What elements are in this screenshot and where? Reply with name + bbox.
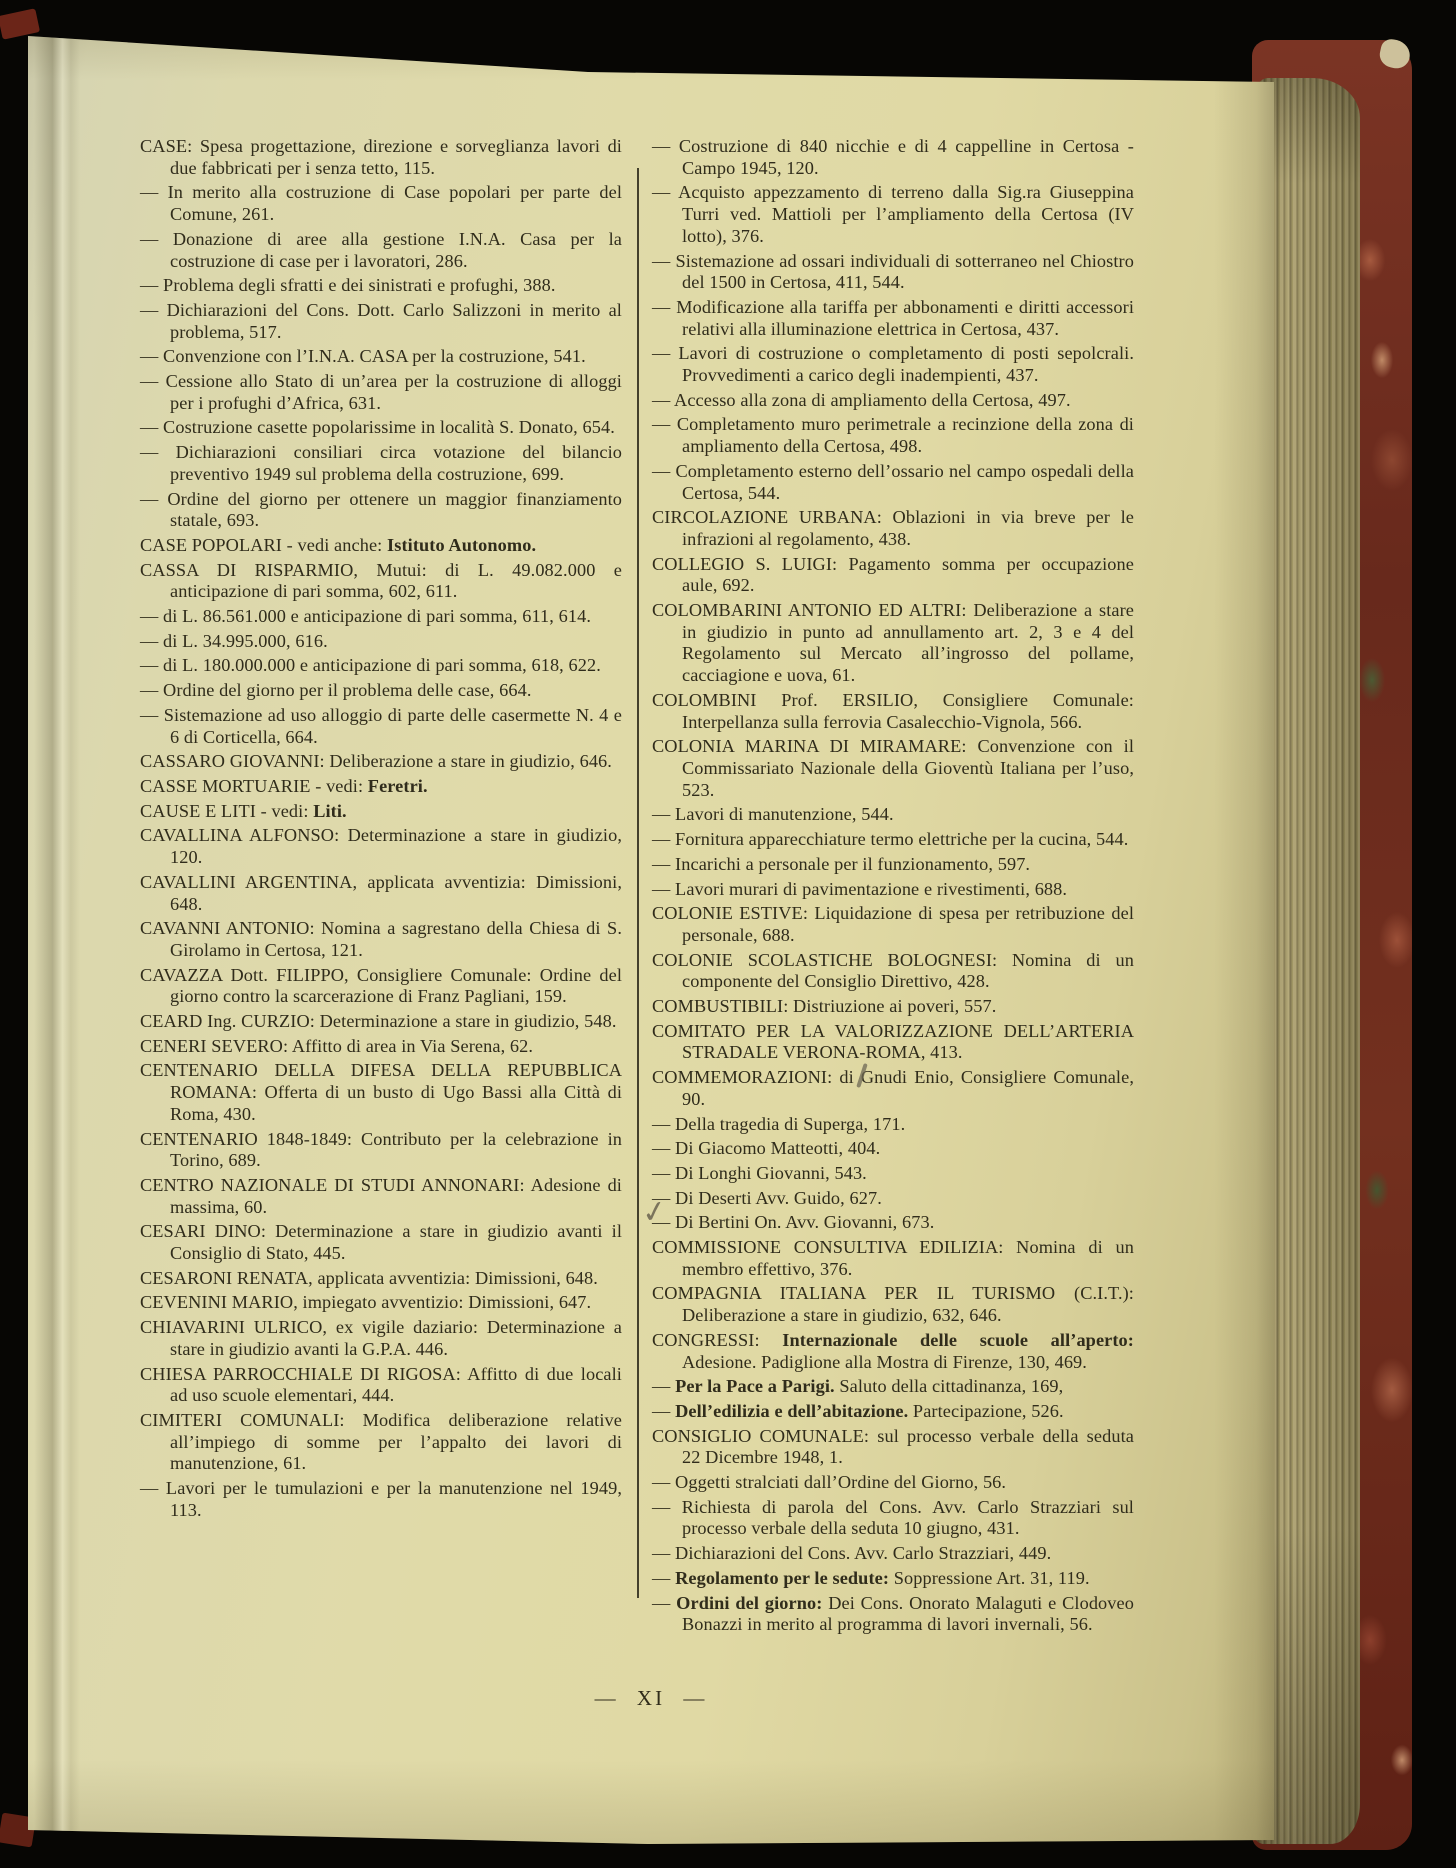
index-entry: — Donazione di aree alla gestione I.N.A.… <box>140 229 622 272</box>
index-entry: COLOMBINI Prof. ERSILIO, Consigliere Com… <box>652 690 1134 733</box>
index-entry-text: CAVAZZA Dott. FILIPPO, Consigliere Comun… <box>140 965 622 1007</box>
index-entry-text: — Fornitura apparecchiature termo elettr… <box>652 829 1128 849</box>
index-entry: CEVENINI MARIO, impiegato avventizio: Di… <box>140 1292 622 1314</box>
index-entry-text: CHIESA PARROCCHIALE DI RIGOSA: Affitto d… <box>140 1364 622 1406</box>
index-entry-text: CHIAVARINI ULRICO, ex vigile daziario: D… <box>140 1317 622 1359</box>
gutter-fold-shadow <box>34 30 80 1844</box>
index-entry-text: CENERI SEVERO: Affitto di area in Via Se… <box>140 1036 533 1056</box>
index-entry-text: CEVENINI MARIO, impiegato avventizio: Di… <box>140 1292 591 1312</box>
index-entry: — Regolamento per le sedute: Soppression… <box>652 1568 1134 1590</box>
index-entry-bold-text: Per la Pace a Parigi. <box>675 1376 835 1396</box>
index-entry-text: — Ordine del giorno per il problema dell… <box>140 680 532 700</box>
index-entry: — di L. 86.561.000 e anticipazione di pa… <box>140 606 622 628</box>
index-column-right: — Costruzione di 840 nicchie e di 4 capp… <box>652 136 1134 1639</box>
index-entry-text: CAUSE E LITI - vedi: <box>140 801 313 821</box>
index-entry-text: COLOMBINI Prof. ERSILIO, Consigliere Com… <box>652 690 1134 732</box>
index-entry: CASE POPOLARI - vedi anche: Istituto Aut… <box>140 535 622 557</box>
index-entry-text: COLONIA MARINA DI MIRAMARE: Convenzione … <box>652 736 1134 799</box>
index-entry-text: Soppressione Art. 31, 119. <box>889 1568 1090 1588</box>
index-entry-bold-text: Istituto Autonomo. <box>387 535 536 555</box>
index-entry: COMPAGNIA ITALIANA PER IL TURISMO (C.I.T… <box>652 1283 1134 1326</box>
book-page: CASE: Spesa progettazione, direzione e s… <box>28 30 1274 1844</box>
index-entry-text: — Cessione allo Stato di un’area per la … <box>140 371 622 413</box>
index-entry-text: — Lavori murari di pavimentazione e rive… <box>652 879 1067 899</box>
index-entry: — Dichiarazioni del Cons. Dott. Carlo Sa… <box>140 300 622 343</box>
index-entry: CAVALLINA ALFONSO: Determinazione a star… <box>140 825 622 868</box>
index-entry-text: — Dichiarazioni del Cons. Avv. Carlo Str… <box>652 1543 1051 1563</box>
index-entry-text: — <box>652 1568 675 1588</box>
index-entry-text: — Lavori per le tumulazioni e per la man… <box>140 1478 622 1520</box>
index-entry-text: — di L. 34.995.000, 616. <box>140 631 328 651</box>
index-entry-text: — Convenzione con l’I.N.A. CASA per la c… <box>140 346 586 366</box>
index-entry: CEARD Ing. CURZIO: Determinazione a star… <box>140 1011 622 1033</box>
index-entry-text: CASSA DI RISPARMIO, Mutui: di L. 49.082.… <box>140 560 622 602</box>
index-entry: — Ordine del giorno per ottenere un magg… <box>140 489 622 532</box>
index-entry-text: COMMISSIONE CONSULTIVA EDILIZIA: Nomina … <box>652 1237 1134 1279</box>
index-entry-text: — In merito alla costruzione di Case pop… <box>140 182 622 224</box>
index-entry: — Di Deserti Avv. Guido, 627. <box>652 1188 1134 1210</box>
cover-corner-top-left <box>0 8 40 39</box>
index-entry-text: — <box>652 1401 675 1421</box>
index-entry: COLONIA MARINA DI MIRAMARE: Convenzione … <box>652 736 1134 801</box>
index-entry: — Della tragedia di Superga, 171. <box>652 1114 1134 1136</box>
index-entry-bold-text: Internazionale delle scuole all’aperto: <box>782 1330 1134 1350</box>
index-entry-text: — Costruzione casette popolarissime in l… <box>140 417 615 437</box>
index-entry-bold-text: Dell’edilizia e dell’abitazione. <box>675 1401 908 1421</box>
index-entry-text: CASE: Spesa progettazione, direzione e s… <box>140 136 622 178</box>
index-entry: COLLEGIO S. LUIGI: Pagamento somma per o… <box>652 554 1134 597</box>
index-entry: — Ordini del giorno: Dei Cons. Onorato M… <box>652 1593 1134 1636</box>
index-entry-text: CESARONI RENATA, applicata avventizia: D… <box>140 1268 598 1288</box>
index-entry-text: — Lavori di manutenzione, 544. <box>652 804 894 824</box>
pencil-checkmark: ✓ <box>640 1200 669 1226</box>
index-entry: — Sistemazione ad ossari individuali di … <box>652 251 1134 294</box>
page-number: — XI — <box>28 1686 1274 1711</box>
index-entry: — Di Longhi Giovanni, 543. <box>652 1163 1134 1185</box>
index-entry-text: CIMITERI COMUNALI: Modifica deliberazion… <box>140 1410 622 1473</box>
scanned-book-photo: { "book": { "page_number": "— XI —" }, "… <box>0 0 1456 1868</box>
index-entry: — Lavori di costruzione o completamento … <box>652 343 1134 386</box>
index-entry: CAVANNI ANTONIO: Nomina a sagrestano del… <box>140 918 622 961</box>
index-entry: CASSA DI RISPARMIO, Mutui: di L. 49.082.… <box>140 560 622 603</box>
index-entry-text: — Donazione di aree alla gestione I.N.A.… <box>140 229 622 271</box>
index-entry: — Dichiarazioni del Cons. Avv. Carlo Str… <box>652 1543 1134 1565</box>
index-entry: — Sistemazione ad uso alloggio di parte … <box>140 705 622 748</box>
index-entry-text: — Oggetti stralciati dall’Ordine del Gio… <box>652 1472 1006 1492</box>
index-entry: — Completamento esterno dell’ossario nel… <box>652 461 1134 504</box>
index-entry-text: — Completamento esterno dell’ossario nel… <box>652 461 1134 503</box>
index-entry: CAVALLINI ARGENTINA, applicata avventizi… <box>140 872 622 915</box>
index-entry-text: — di L. 86.561.000 e anticipazione di pa… <box>140 606 591 626</box>
index-entry-bold-text: Liti. <box>313 801 347 821</box>
index-entry-text: CASSE MORTUARIE - vedi: <box>140 776 368 796</box>
index-entry: CAUSE E LITI - vedi: Liti. <box>140 801 622 823</box>
index-entry-text: — Ordine del giorno per ottenere un magg… <box>140 489 622 531</box>
index-entry: COLONIE ESTIVE: Liquidazione di spesa pe… <box>652 903 1134 946</box>
index-entry: CASSE MORTUARIE - vedi: Feretri. <box>140 776 622 798</box>
index-entry-text: — Di Bertini On. Avv. Giovanni, 673. <box>652 1212 934 1232</box>
index-entry: CENTRO NAZIONALE DI STUDI ANNONARI: Ades… <box>140 1175 622 1218</box>
index-entry: — Accesso alla zona di ampliamento della… <box>652 390 1134 412</box>
index-entry: — Convenzione con l’I.N.A. CASA per la c… <box>140 346 622 368</box>
index-entry-text: — Sistemazione ad ossari individuali di … <box>652 251 1134 293</box>
index-entry: — di L. 34.995.000, 616. <box>140 631 622 653</box>
index-entry-text: — Della tragedia di Superga, 171. <box>652 1114 905 1134</box>
page-right-edge-shade <box>1214 30 1274 1844</box>
index-entry: CENTENARIO DELLA DIFESA DELLA REPUBBLICA… <box>140 1060 622 1125</box>
index-entry-text: — Sistemazione ad uso alloggio di parte … <box>140 705 622 747</box>
index-entry: — Costruzione di 840 nicchie e di 4 capp… <box>652 136 1134 179</box>
index-entry: — Costruzione casette popolarissime in l… <box>140 417 622 439</box>
index-entry: — Di Bertini On. Avv. Giovanni, 673.✓ <box>652 1212 1134 1234</box>
index-entry-text: Adesione. Padiglione alla Mostra di Fire… <box>682 1352 1087 1372</box>
index-entry-bold-text: Ordini del giorno: <box>676 1593 822 1613</box>
index-entry-text: CESARI DINO: Determinazione a stare in g… <box>140 1221 622 1263</box>
index-entry: — di L. 180.000.000 e anticipazione di p… <box>140 655 622 677</box>
index-entry-text: CEARD Ing. CURZIO: Determinazione a star… <box>140 1011 617 1031</box>
index-entry: CESARONI RENATA, applicata avventizia: D… <box>140 1268 622 1290</box>
index-entry: CIRCOLAZIONE URBANA: Oblazioni in via br… <box>652 507 1134 550</box>
index-entry-text: — Richiesta di parola del Cons. Avv. Car… <box>652 1497 1134 1539</box>
index-entry-text: — Dichiarazioni del Cons. Dott. Carlo Sa… <box>140 300 622 342</box>
index-entry: — In merito alla costruzione di Case pop… <box>140 182 622 225</box>
index-entry-text: — Di Deserti Avv. Guido, 627. <box>652 1188 882 1208</box>
index-entry: COMMEMORAZIONI: di Gnudi Enio, Consiglie… <box>652 1067 1134 1110</box>
index-entry-text: COLONIE SCOLASTICHE BOLOGNESI: Nomina di… <box>652 950 1134 992</box>
index-entry-text: CAVALLINI ARGENTINA, applicata avventizi… <box>140 872 622 914</box>
index-column-left: CASE: Spesa progettazione, direzione e s… <box>140 136 622 1524</box>
index-entry-text: CENTENARIO DELLA DIFESA DELLA REPUBBLICA… <box>140 1060 622 1123</box>
index-entry-text: — Costruzione di 840 nicchie e di 4 capp… <box>652 136 1134 178</box>
index-entry-text: COLONIE ESTIVE: Liquidazione di spesa pe… <box>652 903 1134 945</box>
index-entry-text: CENTRO NAZIONALE DI STUDI ANNONARI: Ades… <box>140 1175 622 1217</box>
index-entry: — Per la Pace a Parigi. Saluto della cit… <box>652 1376 1134 1398</box>
index-entry: — Richiesta di parola del Cons. Avv. Car… <box>652 1497 1134 1540</box>
index-entry-text: CAVANNI ANTONIO: Nomina a sagrestano del… <box>140 918 622 960</box>
index-entry-text: CENTENARIO 1848-1849: Contributo per la … <box>140 1129 622 1171</box>
column-divider-rule <box>637 168 639 1598</box>
index-entry-bold-text: Regolamento per le sedute: <box>675 1568 889 1588</box>
index-entry: COMMISSIONE CONSULTIVA EDILIZIA: Nomina … <box>652 1237 1134 1280</box>
index-entry-text: — Problema degli sfratti e dei sinistrat… <box>140 275 556 295</box>
index-entry-text: — Incarichi a personale per il funzionam… <box>652 854 1030 874</box>
index-entry-text: — Acquisto appezzamento di terreno dalla… <box>652 182 1134 245</box>
index-entry: CENERI SEVERO: Affitto di area in Via Se… <box>140 1036 622 1058</box>
index-entry: — Dell’edilizia e dell’abitazione. Parte… <box>652 1401 1134 1423</box>
index-entry-text: — Completamento muro perimetrale a recin… <box>652 414 1134 456</box>
index-entry: — Acquisto appezzamento di terreno dalla… <box>652 182 1134 247</box>
index-entry: CONGRESSI: Internazionale delle scuole a… <box>652 1330 1134 1373</box>
index-entry: — Incarichi a personale per il funzionam… <box>652 854 1134 876</box>
index-entry-text: COMITATO PER LA VALORIZZAZIONE DELL’ARTE… <box>652 1021 1134 1063</box>
index-entry: CHIESA PARROCCHIALE DI RIGOSA: Affitto d… <box>140 1364 622 1407</box>
index-entry: — Dichiarazioni consiliari circa votazio… <box>140 442 622 485</box>
index-entry-text: COLLEGIO S. LUIGI: Pagamento somma per o… <box>652 554 1134 596</box>
index-entry: COLONIE SCOLASTICHE BOLOGNESI: Nomina di… <box>652 950 1134 993</box>
index-entry-text: Partecipazione, 526. <box>908 1401 1063 1421</box>
index-entry: CAVAZZA Dott. FILIPPO, Consigliere Comun… <box>140 965 622 1008</box>
index-entry: CHIAVARINI ULRICO, ex vigile daziario: D… <box>140 1317 622 1360</box>
index-entry: — Fornitura apparecchiature termo elettr… <box>652 829 1134 851</box>
index-entry-text: — Accesso alla zona di ampliamento della… <box>652 390 1071 410</box>
index-entry-text: CAVALLINA ALFONSO: Determinazione a star… <box>140 825 622 867</box>
index-entry-text: COMBUSTIBILI: Distriuzione ai poveri, 55… <box>652 996 996 1016</box>
index-entry: CIMITERI COMUNALI: Modifica deliberazion… <box>140 1410 622 1475</box>
index-entry: CONSIGLIO COMUNALE: sul processo verbale… <box>652 1426 1134 1469</box>
index-entry: — Di Giacomo Matteotti, 404. <box>652 1138 1134 1160</box>
index-entry: CASE: Spesa progettazione, direzione e s… <box>140 136 622 179</box>
index-entry: — Oggetti stralciati dall’Ordine del Gio… <box>652 1472 1134 1494</box>
index-entry-text: Saluto della cittadinanza, 169, <box>835 1376 1064 1396</box>
index-entry: — Lavori per le tumulazioni e per la man… <box>140 1478 622 1521</box>
index-entry: CESARI DINO: Determinazione a stare in g… <box>140 1221 622 1264</box>
index-entry: — Modificazione alla tariffa per abbonam… <box>652 297 1134 340</box>
index-entry: — Lavori di manutenzione, 544. <box>652 804 1134 826</box>
index-entry-text: — Di Giacomo Matteotti, 404. <box>652 1138 880 1158</box>
index-entry-text: COMMEMORAZIONI: di Gnudi Enio, Consiglie… <box>652 1067 1134 1109</box>
index-entry-text: CONGRESSI: <box>652 1330 782 1350</box>
index-entry-text: CASE POPOLARI - vedi anche: <box>140 535 387 555</box>
index-entry-text: COMPAGNIA ITALIANA PER IL TURISMO (C.I.T… <box>652 1283 1134 1325</box>
index-entry-text: — Dichiarazioni consiliari circa votazio… <box>140 442 622 484</box>
index-entry-text: — <box>652 1376 675 1396</box>
index-entry: COLOMBARINI ANTONIO ED ALTRI: Deliberazi… <box>652 600 1134 687</box>
index-entry-text: — di L. 180.000.000 e anticipazione di p… <box>140 655 601 675</box>
index-entry-text: — <box>652 1593 676 1613</box>
index-entry-text: CASSARO GIOVANNI: Deliberazione a stare … <box>140 751 612 771</box>
index-entry-text: — Lavori di costruzione o completamento … <box>652 343 1134 385</box>
index-entry-text: COLOMBARINI ANTONIO ED ALTRI: Deliberazi… <box>652 600 1134 685</box>
index-entry: COMITATO PER LA VALORIZZAZIONE DELL’ARTE… <box>652 1021 1134 1064</box>
index-entry: COMBUSTIBILI: Distriuzione ai poveri, 55… <box>652 996 1134 1018</box>
index-entry-text: CIRCOLAZIONE URBANA: Oblazioni in via br… <box>652 507 1134 549</box>
index-entry: — Cessione allo Stato di un’area per la … <box>140 371 622 414</box>
index-entry: CENTENARIO 1848-1849: Contributo per la … <box>140 1129 622 1172</box>
index-entry-text: — Di Longhi Giovanni, 543. <box>652 1163 867 1183</box>
index-entry: CASSARO GIOVANNI: Deliberazione a stare … <box>140 751 622 773</box>
index-entry: — Ordine del giorno per il problema dell… <box>140 680 622 702</box>
index-entry-text: — Modificazione alla tariffa per abbonam… <box>652 297 1134 339</box>
index-entry: — Problema degli sfratti e dei sinistrat… <box>140 275 622 297</box>
index-entry-bold-text: Feretri. <box>368 776 428 796</box>
index-entry: — Lavori murari di pavimentazione e rive… <box>652 879 1134 901</box>
index-entry: — Completamento muro perimetrale a recin… <box>652 414 1134 457</box>
index-entry-text: CONSIGLIO COMUNALE: sul processo verbale… <box>652 1426 1134 1468</box>
